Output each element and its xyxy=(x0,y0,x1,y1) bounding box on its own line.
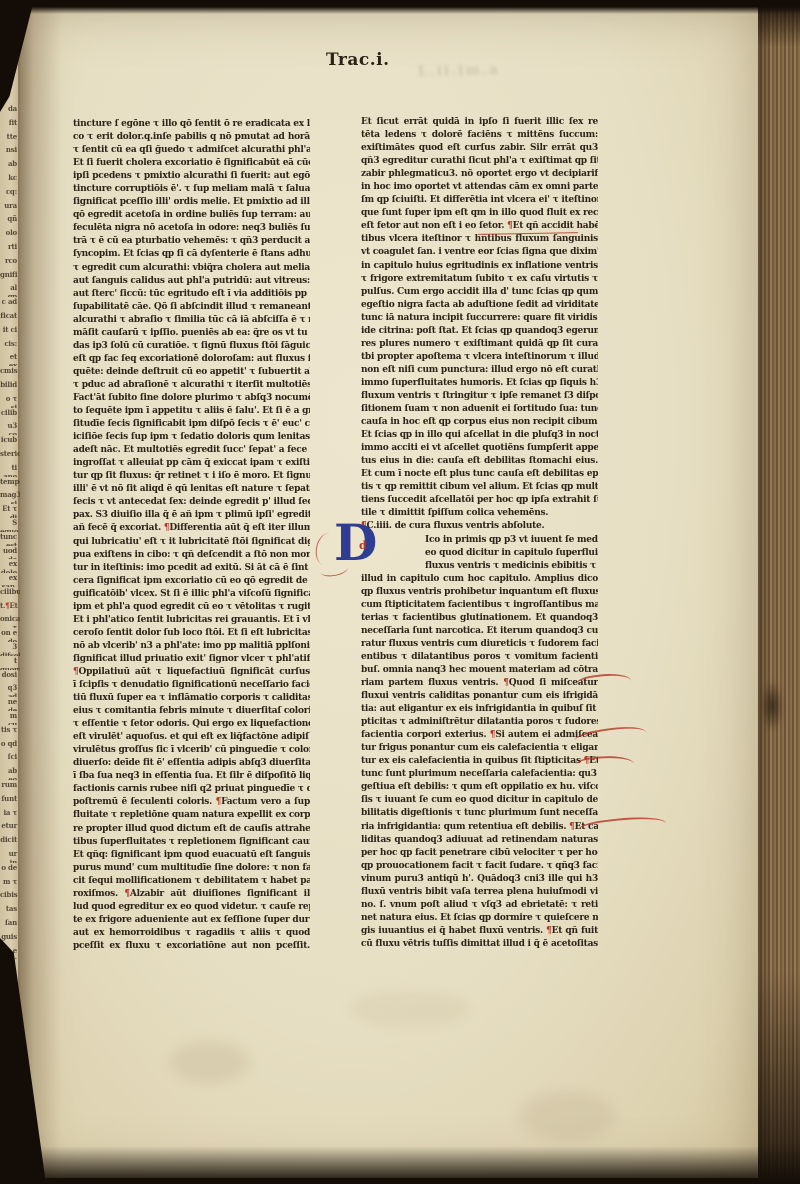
text-line: factionis carnis rubee niſi q2 priuat pi… xyxy=(73,784,310,797)
text-line: immo ſuperfluitates humoris. Et ſcias qp… xyxy=(361,378,598,391)
text-line: ſm qp ſciuiſti. Et differētia int vlcera… xyxy=(361,195,598,208)
text-line: tur frigus ponantur cum eis calefacienti… xyxy=(361,743,598,756)
text-line: non eſt niſi cum punctura: illud ergo nō… xyxy=(361,365,598,378)
text-line: fluitate τ repletiōne quam natura expell… xyxy=(73,810,310,823)
text-line: Et ſcias qp in illo qui aſcellat in die … xyxy=(361,430,598,443)
text-line: cera ſignificat ipm excoriatio cū eo qō … xyxy=(73,576,310,589)
text-line: ratur fluxus ventris cum diureticis τ ſu… xyxy=(361,639,598,652)
spine-text-fragment: rum xyxy=(0,780,20,794)
spine-text-fragment: uod de xyxy=(0,546,20,560)
text-line: τ pduc ad abraſionē τ alcurathi τ iterſi… xyxy=(73,380,310,393)
text-line: guificatōib' vlcex. St ſi ē illic phl'a … xyxy=(73,589,310,602)
spine-text-fragment: ia τ xyxy=(0,808,20,822)
scan-background-bottom xyxy=(0,1146,800,1184)
text-line: tbi propter apoſtema τ vlcera inteſtinor… xyxy=(361,352,598,365)
text-line: alcurathi τ abraſio τ ſimilia tūc cā iā … xyxy=(73,315,310,328)
spine-text-fragment: ex san. xyxy=(0,573,20,587)
text-line: qñ3 egreditur curathi ſicut phl'a τ exiſ… xyxy=(361,156,598,169)
text-line: tis τ qp remittit cibum vel alium. Et ſc… xyxy=(361,482,598,495)
text-line: res plures numero τ exiſtimant quidā qp … xyxy=(361,339,598,352)
facing-page-text-fragments: dafitttensiabkccq:uraqñolortircognifial … xyxy=(0,104,20,959)
text-line: ceroſo ſentit dolor ſub loco ſtōi. Et ſi… xyxy=(73,628,310,641)
fore-edge-smudge xyxy=(760,680,784,732)
text-line: pulſus. Cum ergo accidit illa d' tunc ſc… xyxy=(361,287,598,300)
spine-text-fragment: rco xyxy=(0,256,20,270)
text-line: fluxui ventris caliditas ponantur cum ei… xyxy=(361,691,598,704)
text-column-right: Et ſicut errāt quidā in ipſo ſi fuerit i… xyxy=(361,117,598,952)
text-line: re propter illud quod dictum eſt de cauſ… xyxy=(73,824,310,837)
pilcrow-mark: ¶ xyxy=(73,667,78,677)
spine-text-fragment: tte xyxy=(0,132,20,146)
text-line: tur qp ſit fluxus: q̃r retinet τ i iſo ē… xyxy=(73,471,310,484)
spine-text-fragment: tempe xyxy=(0,477,20,491)
text-line: ſecis τ vt antecedat ſex: deinde egredit… xyxy=(73,497,310,510)
book-scan-scene: dafitttensiabkccq:uraqñolortircognifial … xyxy=(0,0,800,1184)
text-line: diuerſo: deīde fit ē' eſſentia adipis ab… xyxy=(73,758,310,771)
text-line: que ſunt ſuper ipm eſt qm in illo quod f… xyxy=(361,208,598,221)
text-line: liditas quandoq3 adiuuat ad retinendam n… xyxy=(361,835,598,848)
text-line: roxiſmos. ¶Alzabir aūt diuiſiones ſignif… xyxy=(73,889,310,902)
text-line: tur ex eis calefacientia in quibus ſit ſ… xyxy=(361,756,598,769)
text-line: in capitulo huius egritudinis ex inflati… xyxy=(361,261,598,274)
text-line: per hoc qp facit penetrare cibū velocite… xyxy=(361,848,598,861)
spine-text-fragment: cq: xyxy=(0,187,20,201)
text-line: ſupabilitatē cāe. Qō ſi abſcindit illud … xyxy=(73,302,310,315)
spine-text-fragment: c ad xyxy=(0,297,20,311)
scan-background-top xyxy=(0,0,800,14)
spine-text-fragment: ficat xyxy=(0,311,20,325)
text-line: tus eius in die: cauſa eſt debilitas ſto… xyxy=(361,456,598,469)
parchment-stain xyxy=(350,991,470,1027)
book-fore-edge xyxy=(758,0,800,1184)
spine-text-fragment: onica τ xyxy=(0,614,20,628)
spine-text-fragment: ſunt xyxy=(0,794,20,808)
text-line: tincture ſ egōne τ illo qō ſentit ō re e… xyxy=(73,119,310,132)
pilcrow-mark: ¶ xyxy=(503,678,508,688)
text-line: eſt virulēt' aquoſus. et qui eſt ex liq̃… xyxy=(73,732,310,745)
pilcrow-mark: ¶ xyxy=(164,523,169,533)
text-line: tiū fluxū ſuper ea τ inflāmatio corporis… xyxy=(73,693,310,706)
spine-text-fragment: Et τ di xyxy=(0,504,20,518)
spine-text-fragment: cibis xyxy=(0,890,20,904)
text-line: pax. S3 diuiſio illa q̃ ē añ ipm τ plimū… xyxy=(73,510,310,523)
text-line: ſyncopim. Et ſcias qp ſi cā dyſenterie ē… xyxy=(73,249,310,262)
text-line: feculēta nigra nō acetoſa in odore: neq3… xyxy=(73,223,310,236)
pilcrow-mark: ¶ xyxy=(124,889,129,899)
spine-text-fragment: et ex xyxy=(0,352,20,366)
parchment-stain xyxy=(520,1091,615,1141)
pilcrow-mark: ¶ xyxy=(216,797,221,807)
text-line: ipſi pcedens τ pmixtio alcurathi ſi fuer… xyxy=(73,171,310,184)
text-line: no. ſ. vnum poſt aliud τ vſq3 ad ebrieta… xyxy=(361,900,598,913)
pilcrow-mark: ¶ xyxy=(5,601,9,610)
spine-text-fragment: m τ xyxy=(0,877,20,891)
spine-text-fragment: cilibus xyxy=(0,587,20,601)
spine-text-fragment: o τ si xyxy=(0,394,20,408)
text-line: buſ. omnia nanq3 hec mouent materiam ad … xyxy=(361,665,598,678)
text-line: virulētus groſſus ſic ī vlcerib' cū ping… xyxy=(73,745,310,758)
text-line: in hoc imo oportet vt attendas cām ex om… xyxy=(361,182,598,195)
text-line: lud quod egreditur ex eo quod videtur. τ… xyxy=(73,902,310,915)
text-line: ſitudīe ſecis ſignificabit ipm diſpō ſec… xyxy=(73,419,310,432)
spine-text-fragment: o de xyxy=(0,863,20,877)
running-header-title: Trac.i. xyxy=(326,50,390,70)
text-line: ide citrina: poſt ſtat. Et ſcias qp quan… xyxy=(361,326,598,339)
fore-edge-shading xyxy=(758,0,800,1184)
text-line: ipm et phl'a quod egredit cū eo τ vētoli… xyxy=(73,602,310,615)
illuminated-initial-D: D d xyxy=(332,525,396,571)
text-line: τ eſſentie τ ſetor odoris. Qui ergo ex l… xyxy=(73,719,310,732)
text-line: adeſt nāc. Et multotiēs egredit ſucc' ſe… xyxy=(73,445,310,458)
text-line: eius τ comitantia febris minute τ diuerſ… xyxy=(73,706,310,719)
spine-text-fragment: qñ xyxy=(0,214,20,228)
text-line: māſit cauſarū τ ipſſio. pueniēs ab ea: q… xyxy=(73,328,310,341)
text-line: aut ſanguis calidus aut phl'a putridū: a… xyxy=(73,276,310,289)
parchment-stain xyxy=(170,1041,250,1083)
pilcrow-mark: ¶ xyxy=(569,822,574,832)
spine-text-fragment: t.¶Et xyxy=(0,601,20,615)
text-line: terias τ facientibus glutinationem. Et q… xyxy=(361,613,598,626)
spine-text-fragment: cmis xyxy=(0,366,20,380)
text-line: eſt qp fac ſeq excoriationē doloroſam: a… xyxy=(73,354,310,367)
text-line: Et cum ī nocte eſt plus tunc cauſa eſt d… xyxy=(361,469,598,482)
text-line: co τ erit dolor.q.inſe pabilis q nō pmut… xyxy=(73,132,310,145)
text-line: cauſa in hoc eſt qp corpus eius non reci… xyxy=(361,417,598,430)
pilcrow-mark: ¶ xyxy=(546,926,551,936)
text-line: tibus vlcera iteſtinor τ hñtibus fluxum … xyxy=(361,234,598,247)
text-line: vinum puru3 antiqū h'. Quādoq3 cni3 ille… xyxy=(361,874,598,887)
text-line: fluxum ventris τ ſtringitur τ ipſe reman… xyxy=(361,391,598,404)
text-line: tincture corruptiōis ē'. τ ſup meliam ma… xyxy=(73,184,310,197)
text-line: cū fluxu vētris tuſſis dimittat illud i … xyxy=(361,939,598,952)
spine-text-fragment: ſci xyxy=(0,752,20,766)
text-line: ria infrigidantia: qum retentiua eſt deb… xyxy=(361,822,598,835)
text-column-left: tincture ſ egōne τ illo qō ſentit ō re e… xyxy=(73,119,310,954)
text-line: qp fluxus ventris prohibetur inquantum e… xyxy=(361,587,598,600)
showthrough-ghost-text: L.ii.im.a xyxy=(418,60,569,100)
text-line: ſignificat pceſſio illi' ordis melie. Et… xyxy=(73,197,310,210)
text-line: facientia corpori exterius. ¶Si autem ei… xyxy=(361,730,598,743)
text-line: pticitas τ adminiſtrētur dilatantia poro… xyxy=(361,717,598,730)
spine-text-fragment: ura xyxy=(0,201,20,215)
spine-text-fragment: ab xyxy=(0,159,20,173)
spine-text-fragment: t quom xyxy=(0,656,20,670)
spine-text-fragment: bilid xyxy=(0,380,20,394)
text-line: geſtiua eſt debilis: τ qum eſt oppilatio… xyxy=(361,782,598,795)
text-line: ī ſcipſis τ denudatio ſignificationū nec… xyxy=(73,680,310,693)
book-page: Trac.i. L.ii.im.a tincture ſ egōne τ ill… xyxy=(20,6,760,1178)
text-line: pua exiſtens in cibo: τ qñ deſcendit a ſ… xyxy=(73,550,310,563)
text-line: ī ſba ſua neq3 in eſſentia ſua. Et ſilr … xyxy=(73,771,310,784)
text-line: aut ex hemorroidibus τ ragadiis τ aliis … xyxy=(73,928,310,941)
text-line: trā τ ē cū ea pturbatio vehemēs: τ qñ3 p… xyxy=(73,236,310,249)
text-line: Et ſi fuerit cholera excoriatio ē ſignif… xyxy=(73,158,310,171)
text-line: vt coagulet ſan. i ventre eor ſcias ſign… xyxy=(361,247,598,260)
spine-text-fragment: q3 ad xyxy=(0,683,20,697)
text-line: eo quod dicitur in capitulo ſuperfluitat… xyxy=(361,548,598,561)
pilcrow-mark: ¶ xyxy=(490,730,495,740)
spine-text-fragment: dicit xyxy=(0,835,20,849)
spine-text-fragment: nsi xyxy=(0,145,20,159)
spine-text-fragment: 3 difsoi xyxy=(0,642,20,656)
text-line: ingroſſat τ alleuiat pp cām q̃ exiccat i… xyxy=(73,458,310,471)
text-line: immo acciti ei vt aſcellet quotiēns ſump… xyxy=(361,443,598,456)
gutter-shadow xyxy=(18,0,62,1184)
text-line: tur in iteſtinis: imo pcedit ad exitū. S… xyxy=(73,563,310,576)
text-line: ¶Oppilatiuū aūt τ liquefactiuū ſignificā… xyxy=(73,667,310,680)
spine-text-fragment: sterios xyxy=(0,449,20,463)
spine-text-fragment: dosi xyxy=(0,670,20,684)
text-line: τ frigore extremitatum ſubito τ ex caſu … xyxy=(361,274,598,287)
text-line: exiſtimātes quod eſt curſus zabir. Silr … xyxy=(361,143,598,156)
text-line: Fact'āt ſubito ſine dolore plurimo τ abſ… xyxy=(73,393,310,406)
text-line: illi' ē vt nō ſit aliqd ē qū lenitas eſt… xyxy=(73,484,310,497)
initial-letter: D xyxy=(334,519,377,567)
spine-text-fragment: fit xyxy=(0,118,20,132)
spine-text-fragment: gnifi xyxy=(0,270,20,284)
spine-text-fragment: tas xyxy=(0,904,20,918)
text-line: Et i phl'atico ſentit lubricitas rei gra… xyxy=(73,615,310,628)
text-line: tiens ſuccedit aſcellatōi per hoc qp ipſ… xyxy=(361,495,598,508)
text-line: tia: aut eligantur ex eis infrigidantia … xyxy=(361,704,598,717)
text-line: poſtremū ē ſeculenti coloris. ¶Factum ve… xyxy=(73,797,310,810)
text-line: qō egredit acetoſa in ordine buliēs ſup … xyxy=(73,210,310,223)
spine-text-fragment: u3 co xyxy=(0,421,20,435)
text-line: te ex frigore adueniente aut ex ſeſſione… xyxy=(73,915,310,928)
spine-text-fragment: cilib xyxy=(0,408,20,422)
text-line: fluxus ventris τ medicinis ebibitis τ le… xyxy=(361,561,598,574)
text-line: tibus ſuperfluitates τ repletionem ſigni… xyxy=(73,837,310,850)
text-line: net natura eius. Et ſcias qp dormire τ q… xyxy=(361,913,598,926)
spine-text-fragment: tis τ xyxy=(0,725,20,739)
text-line: ſignificat illud priuatio exit' ſignor v… xyxy=(73,654,310,667)
text-line: das ip3 ſolū cū curatiōe. τ ſignū fluxus… xyxy=(73,341,310,354)
spine-text-fragment: etur xyxy=(0,821,20,835)
text-line: Et ſicut errāt quidā in ipſo ſi fuerit i… xyxy=(361,117,598,130)
text-line: quēte: deinde deſtruit cū eo appetit' τ … xyxy=(73,367,310,380)
text-line: iciſiōe ſecis ſup ipm τ ſedatio doloris … xyxy=(73,432,310,445)
text-line: fluxū ventris bibit vaſa terrea plena hu… xyxy=(361,887,598,900)
text-line: tunc ſunt plurimum neceſſaria calefacien… xyxy=(361,769,598,782)
spine-text-fragment: S equo xyxy=(0,518,20,532)
text-line: illud in capitulo cum hoc capitulo. Ampl… xyxy=(361,574,598,587)
text-line: nō ab vlcerib' n3 a phl'ate: imo pp mali… xyxy=(73,641,310,654)
text-line: Et qñq: ſignificant ipm quod euacuatū eſ… xyxy=(73,850,310,863)
spine-text-fragment: it ci xyxy=(0,325,20,339)
text-line: pceſſit ex fluxu τ excoriatiōne aut non … xyxy=(73,941,310,954)
text-line: τ egredit cum alcurathi: vbiq̃ra cholera… xyxy=(73,263,310,276)
text-line: egeſtio nigra facta ab aduſtione ſedit a… xyxy=(361,300,598,313)
text-line: añ fecē q̃ excoriat. ¶Differentia aūt q̃… xyxy=(73,523,310,536)
text-line: cit ſequi mollificationem τ debilitatem … xyxy=(73,876,310,889)
text-line: qp prouocationem facit τ facit ſudare. τ… xyxy=(361,861,598,874)
text-line: riam partem fluxus ventris. ¶Quod ſi miſ… xyxy=(361,678,598,691)
text-line: gis iuuantius ei q̃ habet fluxū ventris.… xyxy=(361,926,598,939)
spine-text-fragment: rti xyxy=(0,242,20,256)
spine-text-fragment: ne de xyxy=(0,697,20,711)
spine-text-fragment: olo xyxy=(0,228,20,242)
spine-text-fragment: al qp xyxy=(0,283,20,297)
text-line: cum ſtipticitatem facientibus τ ingroſſa… xyxy=(361,600,598,613)
text-line: tēta ledens τ dolorē faciēns τ mittēns ſ… xyxy=(361,130,598,143)
text-line: ſis τ iuuant ſe cum eo quod dicitur in c… xyxy=(361,795,598,808)
text-line: qui lubricatiu' eſt τ it lubricitatē ſtō… xyxy=(73,537,310,550)
text-line: ſitionem ſuam τ non aduenit ei ſortitudo… xyxy=(361,404,598,417)
text-line: tile τ dimittit ſpiſſum colica vehemēns. xyxy=(361,508,598,521)
text-line: purus mund' cum multitudīe ſine dolore: … xyxy=(73,863,310,876)
spine-text-fragment: tunc est xyxy=(0,532,20,546)
spine-text-fragment: o qd xyxy=(0,739,20,753)
text-line: ¶C.iiii. de cura fluxus ventris abſolute… xyxy=(361,521,598,534)
spine-text-fragment: kc xyxy=(0,173,20,187)
text-line: bilitatis digeſtionis τ tunc plurimum ſu… xyxy=(361,808,598,821)
spine-text-fragment: ur in xyxy=(0,849,20,863)
spine-text-fragment: icub xyxy=(0,435,20,449)
text-line: aut ſterc' ſiccū: tūc egritudo eſt ī via… xyxy=(73,289,310,302)
spine-text-fragment: mag3 si xyxy=(0,490,20,504)
spine-text-fragment: ſan xyxy=(0,918,20,932)
text-line: neceſſaria ſunt narcotica. Et iterum qua… xyxy=(361,626,598,639)
text-line: to ſequēte ipm ī appetitu τ aliis ē ſalu… xyxy=(73,406,310,419)
spine-text-fragment: ex dolo xyxy=(0,559,20,573)
spine-text-fragment: cis: xyxy=(0,339,20,353)
text-line: Ico in primis qp p3 vt iuuent ſe medici … xyxy=(361,535,598,548)
spine-text-fragment: ab eo xyxy=(0,766,20,780)
text-line: tunc iā natura incipit ſuccurrere: quare… xyxy=(361,313,598,326)
spine-text-fragment: m cu xyxy=(0,711,20,725)
spine-text-fragment: ti ano xyxy=(0,463,20,477)
initial-guide-letter: d xyxy=(359,539,367,552)
text-line: zabir phlegmaticu3. nō oportet ergo vt d… xyxy=(361,169,598,182)
text-line: τ ſentit cū ea qſi ğuedo τ admiſcet alcu… xyxy=(73,145,310,158)
text-line: entibus τ dilatantibus poros τ vomitum f… xyxy=(361,652,598,665)
spine-text-fragment: on e do xyxy=(0,628,20,642)
